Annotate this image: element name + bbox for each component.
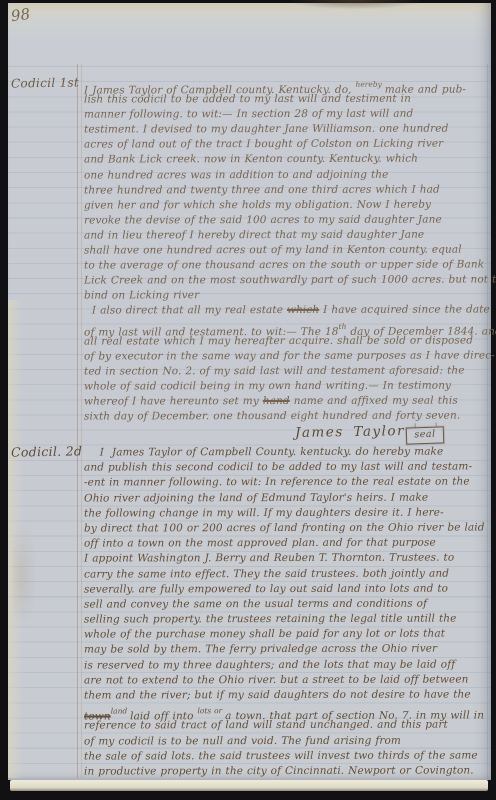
text-segment: Ohio river adjoining the land of Edmund …: [84, 491, 428, 504]
text-segment: I James Taylor of Campbell County. kentu…: [84, 446, 443, 459]
manuscript-line: to the average of one thousand acres on …: [84, 258, 488, 274]
manuscript-line: acres of land out of the tract I bought …: [84, 137, 488, 153]
manuscript-line: lish this codicil to be added to my last…: [84, 92, 488, 108]
manuscript-line: of my codicil is to be null and void. Th…: [84, 733, 488, 749]
text-segment: three hundred and twenty three and one t…: [84, 183, 440, 196]
text-segment: and in lieu thereof I hereby direct that…: [84, 229, 424, 242]
manuscript-line: whereof I have hereunto set my hand name…: [84, 393, 488, 409]
text-segment: and publish this second codicil to be ad…: [84, 461, 472, 474]
edited-word: hereby: [356, 80, 385, 89]
manuscript-line: given her and for which she holds my obl…: [84, 197, 488, 213]
manuscript-line: -ent in manner following. to wit: In ref…: [84, 475, 488, 491]
manuscript-line: one hundred acres was in addition to and…: [84, 167, 488, 183]
edited-word: lots or: [197, 706, 225, 715]
text-segment: may be sold by them. The ferry privaledg…: [84, 643, 437, 656]
text-segment: acres of land out of the tract I bought …: [84, 138, 443, 151]
manuscript-line: of my last will and testament. to wit:— …: [84, 318, 488, 334]
text-segment: and Bank Lick creek. now in Kenton count…: [84, 153, 418, 166]
text-segment: name and affixed my seal this: [290, 395, 458, 407]
manuscript-line: whole of said codicil being in my own ha…: [84, 378, 488, 394]
text-segment: revoke the devise of the said 100 acres …: [84, 213, 442, 226]
manuscript-line: may be sold by them. The ferry privaledg…: [84, 642, 488, 658]
manuscript-line: sell and convey the same on the usual te…: [84, 596, 488, 612]
text-segment: whereof I have hereunto set my: [84, 395, 263, 407]
manuscript-line: manner following. to wit:— In section 28…: [84, 107, 488, 123]
manuscript-line: bind on Licking river: [84, 288, 488, 304]
text-segment: the sale of said lots. the said trustees…: [84, 749, 478, 762]
text-segment: sixth day of December. one thousand eigh…: [84, 410, 460, 423]
text-segment: -ent in manner following. to wit: In ref…: [84, 476, 470, 489]
text-segment: shall have one hundred acres out of my l…: [84, 244, 462, 257]
manuscript-line: in productive property in the city of Ci…: [84, 763, 488, 779]
manuscript-photo: 98 Codicil 1st I James Taylor of Campbel…: [0, 0, 496, 800]
ink-smudge: [290, 0, 420, 9]
page-number: 98: [10, 5, 31, 25]
paper-stain: [12, 520, 38, 630]
text-segment: in productive property in the city of Ci…: [84, 764, 474, 777]
manuscript-line: selling such property. the trustees reta…: [84, 612, 488, 628]
manuscript-line: and in lieu thereof I hereby direct that…: [84, 227, 488, 243]
manuscript-line: and Bank Lick creek. now in Kenton count…: [84, 152, 488, 168]
manuscript-line: and publish this second codicil to be ad…: [84, 460, 488, 476]
text-segment: all real estate which I may hereafter ac…: [84, 334, 473, 347]
text-segment: to the average of one thousand acres on …: [84, 259, 484, 272]
manuscript-line: of by executor in the same way and for t…: [84, 348, 488, 364]
text-segment: I have acquired since the date: [319, 304, 490, 316]
text-segment: carry the same into effect. They the sai…: [84, 567, 449, 580]
text-segment: of my codicil is to be null and void. Th…: [84, 734, 401, 747]
codicil-1-margin-label: Codicil 1st: [11, 75, 79, 90]
text-segment: by direct that 100 or 200 acres of land …: [84, 521, 485, 534]
manuscript-line: the sale of said lots. the said trustees…: [84, 748, 488, 764]
manuscript-line: I James Taylor of Campbell county. Kentu…: [84, 76, 488, 92]
text-segment: given her and for which she holds my obl…: [84, 198, 431, 211]
text-segment: bind on Licking river: [84, 290, 199, 302]
manuscript-line: testiment. I devised to my daughter Jane…: [84, 122, 488, 138]
manuscript-line: ted in section No. 2. of my said last wi…: [84, 363, 488, 379]
text-segment: manner following. to wit:— In section 28…: [84, 108, 413, 121]
manuscript-line: townland laid off into lots or a town. t…: [84, 703, 488, 719]
text-segment: off into a town on the most approved pla…: [84, 537, 436, 550]
james-taylor-signature: James Taylor: [295, 423, 405, 441]
edited-word: land: [111, 707, 130, 716]
margin-line: [77, 64, 78, 778]
manuscript-line: are not to extend to the Ohio river. but…: [84, 672, 488, 688]
manuscript-line: three hundred and twenty three and one t…: [84, 182, 488, 198]
manuscript-line: Ohio river adjoining the land of Edmund …: [84, 490, 488, 506]
manuscript-line: the following change in my will. If my d…: [84, 505, 488, 521]
text-segment: of by executor in the same way and for t…: [84, 349, 495, 362]
text-segment: them and the river; but if my said daugh…: [84, 689, 471, 702]
codicil-1-text: I James Taylor of Campbell county. Kentu…: [84, 77, 488, 424]
margin-line: [81, 64, 82, 778]
manuscript-line: revoke the devise of the said 100 acres …: [84, 212, 488, 228]
text-segment: testiment. I devised to my daughter Jane…: [84, 123, 448, 136]
text-segment: whole of said codicil being in my own ha…: [84, 379, 451, 392]
text-segment: whole of the purchase money shall be pai…: [84, 628, 445, 641]
edited-word: which: [287, 304, 319, 316]
text-segment: Lick Creek and on the most southwardly p…: [84, 274, 496, 287]
text-segment: lish this codicil to be added to my last…: [84, 93, 411, 106]
seal-mark: seal: [406, 426, 445, 444]
manuscript-line: I James Taylor of Campbell County. kentu…: [84, 444, 488, 460]
manuscript-line: carry the same into effect. They the sai…: [84, 566, 488, 582]
book-fore-edge: [10, 780, 488, 791]
manuscript-line: I also direct that all my real estate wh…: [84, 303, 488, 319]
text-segment: one hundred acres was in addition to and…: [84, 168, 388, 181]
text-segment: are not to extend to the Ohio river. but…: [84, 673, 469, 686]
text-segment: I also direct that all my real estate: [84, 304, 287, 317]
manuscript-line: severally. are fully empowered to lay ou…: [84, 581, 488, 597]
manuscript-line: all real estate which I may hereafter ac…: [84, 333, 488, 349]
text-segment: reference to said tract of land will sta…: [84, 719, 448, 732]
manuscript-line: by direct that 100 or 200 acres of land …: [84, 520, 488, 536]
manuscript-line: reference to said tract of land will sta…: [84, 718, 488, 734]
manuscript-line: them and the river; but if my said daugh…: [84, 687, 488, 703]
text-segment: ted in section No. 2. of my said last wi…: [84, 364, 465, 377]
manuscript-line: shall have one hundred acres out of my l…: [84, 243, 488, 259]
text-segment: sell and convey the same on the usual te…: [84, 598, 427, 611]
manuscript-line: I appoint Washington J. Berry and Reuben…: [84, 551, 488, 567]
text-segment: selling such property. the trustees reta…: [84, 613, 456, 626]
manuscript-line: Lick Creek and on the most southwardly p…: [84, 273, 488, 289]
codicil-2-text: I James Taylor of Campbell County. kentu…: [84, 445, 488, 779]
codicil-2-margin-label: Codicil. 2d: [11, 443, 83, 459]
manuscript-line: is reserved to my three daughters; and t…: [84, 657, 488, 673]
manuscript-line: whole of the purchase money shall be pai…: [84, 627, 488, 643]
text-segment: is reserved to my three daughters; and t…: [84, 658, 455, 671]
text-segment: I appoint Washington J. Berry and Reuben…: [84, 552, 454, 565]
text-segment: severally. are fully empowered to lay ou…: [84, 582, 448, 595]
manuscript-line: off into a town on the most approved pla…: [84, 536, 488, 552]
text-segment: the following change in my will. If my d…: [84, 506, 444, 519]
edited-word: hand: [263, 395, 290, 407]
